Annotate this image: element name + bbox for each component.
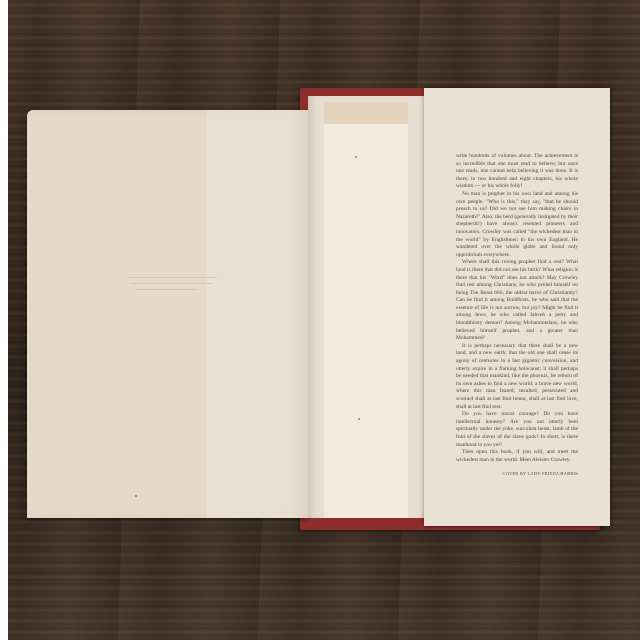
- page-speck: [358, 418, 360, 420]
- blurb-paragraph: No man is prophet in his own land and am…: [456, 191, 578, 259]
- blurb-paragraph: Where shall this roving prophet find a r…: [456, 259, 578, 343]
- blurb-paragraph: write hundreds of volumes about. The ach…: [456, 153, 578, 191]
- flap-blurb: write hundreds of volumes about. The ach…: [456, 153, 578, 478]
- faded-stamp: [127, 275, 222, 295]
- left-endpaper-page: [27, 110, 308, 518]
- dust-jacket-flap: write hundreds of volumes about. The ach…: [424, 88, 610, 526]
- page-speck: [355, 156, 357, 158]
- cover-credit: COVER BY LADY FRIEDA HARRIS: [456, 470, 578, 478]
- page-speck: [135, 495, 137, 497]
- page-light-panel: [207, 110, 308, 518]
- blurb-paragraph: It is perhaps necessary that there shall…: [456, 343, 578, 411]
- image-border: [0, 0, 8, 640]
- blurb-paragraph: Do you have moral courage? Do you have i…: [456, 411, 578, 449]
- blurb-paragraph: Then open this book, if you will, and me…: [456, 449, 578, 464]
- page-tan-strip: [324, 102, 408, 124]
- middle-page: [308, 96, 424, 518]
- page-light-panel: [324, 102, 408, 518]
